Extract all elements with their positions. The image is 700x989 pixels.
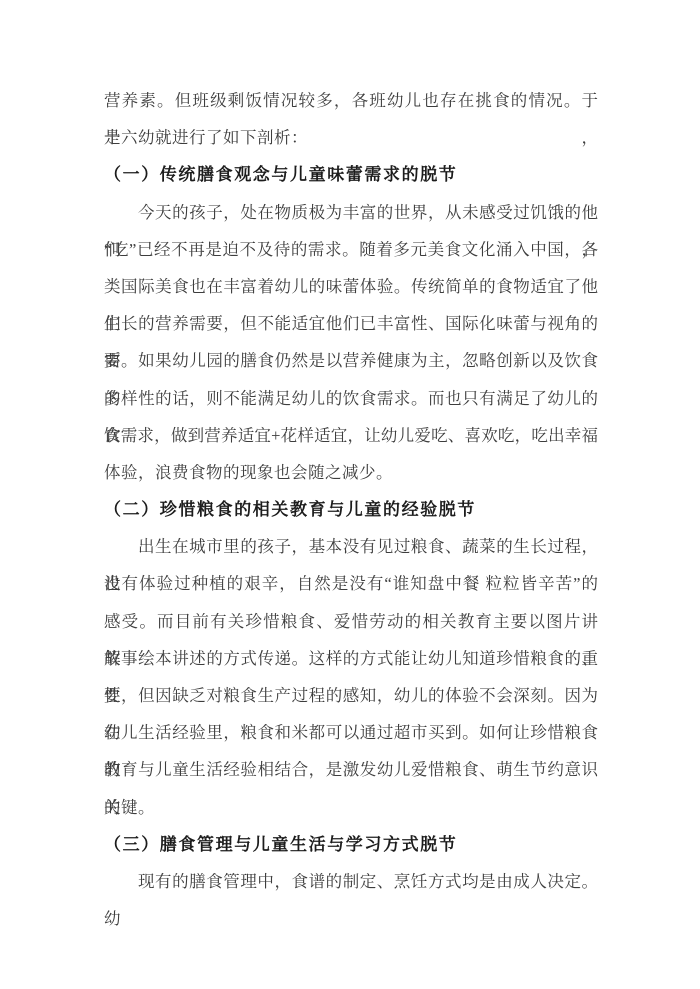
text-line: “吃”已经不再是迫不及待的需求。随着多元美食文化涌入中国，各 <box>104 231 598 268</box>
text-line: 营养素。但班级剩饭情况较多，各班幼儿也存在挑食的情况。于是， <box>104 82 598 119</box>
text-line: 幼儿生活经验里，粮食和米都可以通过超市买到。如何让珍惜粮食的 <box>104 714 598 751</box>
text-line: 现有的膳食管理中，食谱的制定、烹饪方式均是由成人决定。幼 <box>104 863 598 900</box>
text-line: 类国际美食也在丰富着幼儿的味蕾体验。传统简单的食物适宜了他们 <box>104 268 598 305</box>
text-line: 感受。而目前有关珍惜粮食、爱惜劳动的相关教育主要以图片讲解、 <box>104 603 598 640</box>
text-line: 要。如果幼儿园的膳食仍然是以营养健康为主，忽略创新以及饮食的 <box>104 342 598 379</box>
text-line: 没有体验过种植的艰辛，自然是没有“谁知盘中餐 粒粒皆辛苦”的 <box>104 565 598 602</box>
document-content: 营养素。但班级剩饭情况较多，各班幼儿也存在挑食的情况。于是，十六幼就进行了如下剖… <box>104 82 598 900</box>
text-line: 食需求，做到营养适宜+花样适宜，让幼儿爱吃、喜欢吃，吃出幸福 <box>104 417 598 454</box>
text-line: 故事绘本讲述的方式传递。这样的方式能让幼儿知道珍惜粮食的重要 <box>104 640 598 677</box>
section-heading: （三）膳食管理与儿童生活与学习方式脱节 <box>104 826 598 863</box>
text-line: 多样性的话，则不能满足幼儿的饮食需求。而也只有满足了幼儿的饮 <box>104 380 598 417</box>
section-heading: （一）传统膳食观念与儿童味蕾需求的脱节 <box>104 156 598 193</box>
text-line: 体验，浪费食物的现象也会随之减少。 <box>104 454 598 491</box>
text-line: 性，但因缺乏对粮食生产过程的感知，幼儿的体验不会深刻。因为在 <box>104 677 598 714</box>
text-line: 教育与儿童生活经验相结合，是激发幼儿爱惜粮食、萌生节约意识的 <box>104 751 598 788</box>
text-line: 出生在城市里的孩子，基本没有见过粮食、蔬菜的生长过程，也 <box>104 528 598 565</box>
section-heading: （二）珍惜粮食的相关教育与儿童的经验脱节 <box>104 491 598 528</box>
text-line: 生长的营养需要，但不能适宜他们已丰富性、国际化味蕾与视角的需 <box>104 305 598 342</box>
text-line: 关键。 <box>104 789 598 826</box>
text-line: 今天的孩子，处在物质极为丰富的世界，从未感受过饥饿的他们， <box>104 194 598 231</box>
document-page: 营养素。但班级剩饭情况较多，各班幼儿也存在挑食的情况。于是，十六幼就进行了如下剖… <box>0 0 700 989</box>
